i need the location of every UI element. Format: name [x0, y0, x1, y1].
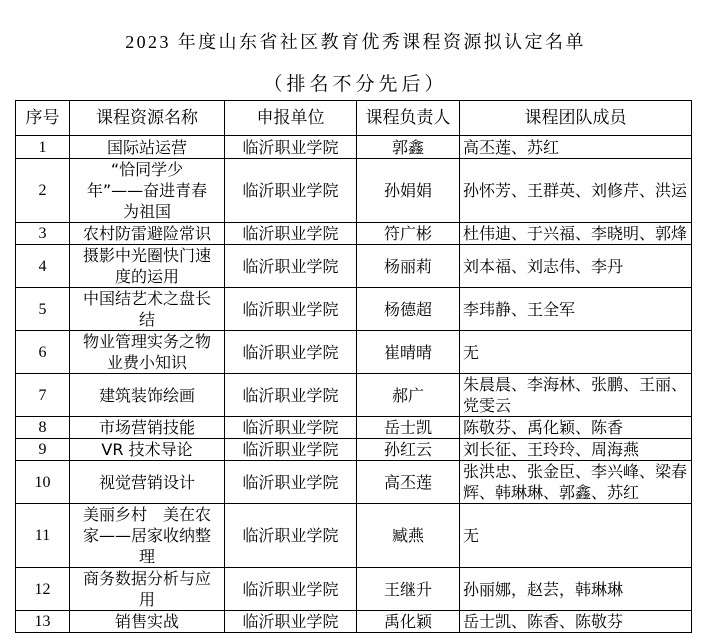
course-name-text: 摄影中光圈快门速度的运用: [83, 245, 211, 287]
header-course-name: 课程资源名称: [70, 101, 225, 136]
unit: 临沂职业学院: [225, 288, 357, 331]
members: 刘长征、王玲玲、周海燕: [460, 439, 692, 461]
leader: 郝广: [357, 374, 460, 417]
row-no: 13: [16, 611, 70, 633]
unit: 临沂职业学院: [225, 611, 357, 633]
members: 杜伟迪、于兴福、李晓明、郭烽: [460, 223, 692, 245]
row-no: 7: [16, 374, 70, 417]
leader: 崔晴晴: [357, 331, 460, 374]
members-text: 无: [463, 342, 479, 363]
unit: 临沂职业学院: [225, 417, 357, 439]
document-title: 2023 年度山东省社区教育优秀课程资源拟认定名单: [0, 30, 711, 54]
table-row: 11 美丽乡村 美在农家——居家收纳整理 临沂职业学院 臧燕 无: [16, 504, 692, 568]
row-no: 3: [16, 223, 70, 245]
course-name: VR 技术导论: [70, 439, 225, 461]
table-row: 1 国际站运营 临沂职业学院 郭鑫 高丕莲、苏红: [16, 136, 692, 159]
course-name: 摄影中光圈快门速度的运用: [70, 245, 225, 288]
row-no: 2: [16, 159, 70, 223]
unit: 临沂职业学院: [225, 159, 357, 223]
leader: 禹化颖: [357, 611, 460, 633]
course-name-text: 建筑装饰绘画: [99, 385, 195, 406]
leader: 高丕莲: [357, 461, 460, 504]
course-name: 视觉营销设计: [70, 461, 225, 504]
members: 高丕莲、苏红: [460, 136, 692, 159]
header-leader: 课程负责人: [357, 101, 460, 136]
row-no: 4: [16, 245, 70, 288]
course-name-text: 商务数据分析与应用: [83, 568, 211, 610]
row-no: 5: [16, 288, 70, 331]
course-name: 农村防雷避险常识: [70, 223, 225, 245]
table-row: 5 中国结艺术之盘长结 临沂职业学院 杨德超 李玮静、王全军: [16, 288, 692, 331]
course-name: 物业管理实务之物业费小知识: [70, 331, 225, 374]
unit: 临沂职业学院: [225, 504, 357, 568]
unit: 临沂职业学院: [225, 568, 357, 611]
unit: 临沂职业学院: [225, 136, 357, 159]
course-name: “恰同学少年”——奋进青春为祖国: [70, 159, 225, 223]
table-row: 12 商务数据分析与应用 临沂职业学院 王继升 孙丽娜，赵芸，韩琳琳: [16, 568, 692, 611]
members-text: 张洪忠、张金臣、李兴峰、梁春辉、韩琳琳、郭鑫、苏红: [463, 461, 687, 503]
course-name-text: “恰同学少年”——奋进青春为祖国: [83, 159, 211, 222]
course-name-text: 国际站运营: [107, 137, 187, 158]
members-text: 李玮静、王全军: [463, 299, 575, 320]
course-name: 美丽乡村 美在农家——居家收纳整理: [70, 504, 225, 568]
table-row: 8 市场营销技能 临沂职业学院 岳士凯 陈敬芬、禹化颖、陈香: [16, 417, 692, 439]
table-row: 3 农村防雷避险常识 临沂职业学院 符广彬 杜伟迪、于兴福、李晓明、郭烽: [16, 223, 692, 245]
table-row: 9 VR 技术导论 临沂职业学院 孙红云 刘长征、王玲玲、周海燕: [16, 439, 692, 461]
row-no: 8: [16, 417, 70, 439]
unit: 临沂职业学院: [225, 223, 357, 245]
leader: 岳士凯: [357, 417, 460, 439]
document-subtitle: （排名不分先后）: [0, 73, 711, 97]
members-text: 陈敬芬、禹化颖、陈香: [463, 417, 623, 438]
header-members: 课程团队成员: [460, 101, 692, 136]
leader: 孙红云: [357, 439, 460, 461]
course-name-text: 美丽乡村 美在农家——居家收纳整理: [83, 504, 211, 567]
table-header-row: 序号 课程资源名称 申报单位 课程负责人 课程团队成员: [16, 101, 692, 136]
course-name: 国际站运营: [70, 136, 225, 159]
course-name-text: 中国结艺术之盘长结: [83, 288, 211, 330]
leader: 符广彬: [357, 223, 460, 245]
course-name-text: 视觉营销设计: [99, 472, 195, 493]
course-name: 市场营销技能: [70, 417, 225, 439]
members: 孙丽娜，赵芸，韩琳琳: [460, 568, 692, 611]
members-text: 朱晨晨、李海林、张鹏、王丽、党雯云: [463, 374, 687, 416]
members: 孙怀芳、王群英、刘修芹、洪运: [460, 159, 692, 223]
table-row: 10 视觉营销设计 临沂职业学院 高丕莲 张洪忠、张金臣、李兴峰、梁春辉、韩琳琳…: [16, 461, 692, 504]
leader: 臧燕: [357, 504, 460, 568]
unit: 临沂职业学院: [225, 245, 357, 288]
row-no: 6: [16, 331, 70, 374]
leader: 孙娟娟: [357, 159, 460, 223]
members: 无: [460, 331, 692, 374]
course-name: 商务数据分析与应用: [70, 568, 225, 611]
course-name: 中国结艺术之盘长结: [70, 288, 225, 331]
members: 李玮静、王全军: [460, 288, 692, 331]
row-no: 1: [16, 136, 70, 159]
members-text: 刘长征、王玲玲、周海燕: [463, 439, 639, 460]
course-name-text: 市场营销技能: [99, 417, 195, 438]
members-text: 无: [463, 525, 479, 546]
course-name-text: 农村防雷避险常识: [83, 223, 211, 244]
unit: 临沂职业学院: [225, 461, 357, 504]
unit: 临沂职业学院: [225, 374, 357, 417]
course-name: 销售实战: [70, 611, 225, 633]
unit: 临沂职业学院: [225, 331, 357, 374]
members-text: 高丕莲、苏红: [463, 137, 559, 158]
leader: 郭鑫: [357, 136, 460, 159]
course-name-text: 物业管理实务之物业费小知识: [83, 331, 211, 373]
table-row: 6 物业管理实务之物业费小知识 临沂职业学院 崔晴晴 无: [16, 331, 692, 374]
course-name-text: VR 技术导论: [101, 439, 192, 460]
members: 陈敬芬、禹化颖、陈香: [460, 417, 692, 439]
members-text: 孙怀芳、王群英、刘修芹、洪运: [463, 180, 687, 201]
leader: 杨丽莉: [357, 245, 460, 288]
row-no: 10: [16, 461, 70, 504]
members-text: 刘本福、刘志伟、李丹: [463, 256, 623, 277]
course-name-text: 销售实战: [115, 611, 179, 632]
header-no: 序号: [16, 101, 70, 136]
members-text: 孙丽娜，赵芸，韩琳琳: [463, 579, 623, 600]
course-list-table: 序号 课程资源名称 申报单位 课程负责人 课程团队成员 1 国际站运营 临沂职业…: [15, 100, 692, 633]
table-row: 7 建筑装饰绘画 临沂职业学院 郝广 朱晨晨、李海林、张鹏、王丽、党雯云: [16, 374, 692, 417]
members: 无: [460, 504, 692, 568]
header-unit: 申报单位: [225, 101, 357, 136]
table-row: 2 “恰同学少年”——奋进青春为祖国 临沂职业学院 孙娟娟 孙怀芳、王群英、刘修…: [16, 159, 692, 223]
members: 朱晨晨、李海林、张鹏、王丽、党雯云: [460, 374, 692, 417]
row-no: 11: [16, 504, 70, 568]
table-row: 13 销售实战 临沂职业学院 禹化颖 岳士凯、陈香、陈敬芬: [16, 611, 692, 633]
members: 岳士凯、陈香、陈敬芬: [460, 611, 692, 633]
unit: 临沂职业学院: [225, 439, 357, 461]
row-no: 9: [16, 439, 70, 461]
table-row: 4 摄影中光圈快门速度的运用 临沂职业学院 杨丽莉 刘本福、刘志伟、李丹: [16, 245, 692, 288]
leader: 杨德超: [357, 288, 460, 331]
members: 刘本福、刘志伟、李丹: [460, 245, 692, 288]
course-name: 建筑装饰绘画: [70, 374, 225, 417]
members-text: 杜伟迪、于兴福、李晓明、郭烽: [463, 223, 687, 244]
leader: 王继升: [357, 568, 460, 611]
row-no: 12: [16, 568, 70, 611]
members-text: 岳士凯、陈香、陈敬芬: [463, 611, 623, 632]
members: 张洪忠、张金臣、李兴峰、梁春辉、韩琳琳、郭鑫、苏红: [460, 461, 692, 504]
